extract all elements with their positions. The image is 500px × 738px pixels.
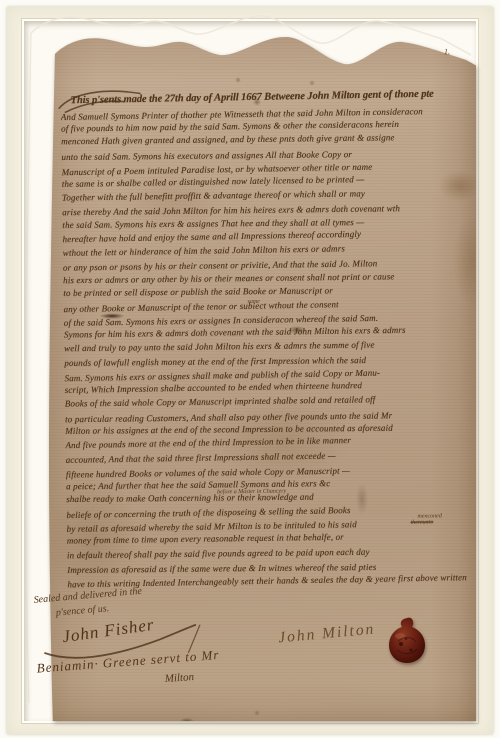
manuscript-line: to be printed or sell dispose or publish… bbox=[63, 285, 333, 301]
struck-word: thereunto bbox=[411, 519, 434, 525]
attestation-line-2: p'sence of us. bbox=[55, 603, 109, 618]
folio-number: 1. bbox=[444, 47, 450, 56]
manuscript-line: money from time to time upon every reaso… bbox=[67, 532, 344, 549]
interlinear-insertion: same bbox=[247, 299, 259, 305]
signature-john-milton: John Milton bbox=[277, 620, 376, 647]
manuscript-line: menconed Hath given granted and assigned… bbox=[61, 133, 395, 150]
manuscript-line: well and truly to pay unto the said John… bbox=[64, 340, 375, 357]
manuscript-line: Books of the said whole Copy or Manuscri… bbox=[65, 395, 376, 412]
signature-witness-fisher: John Fisher bbox=[61, 615, 156, 647]
red-wax-seal bbox=[384, 606, 430, 668]
manuscript-line: in default thereof shall pay the said fi… bbox=[67, 546, 370, 563]
interlinear-insertion: before a Master in Chancery bbox=[217, 489, 286, 496]
framed-manuscript: Sealed and delivered in the p'sence of u… bbox=[0, 0, 500, 738]
signature-witness-greene-sub: Milton bbox=[164, 671, 194, 685]
